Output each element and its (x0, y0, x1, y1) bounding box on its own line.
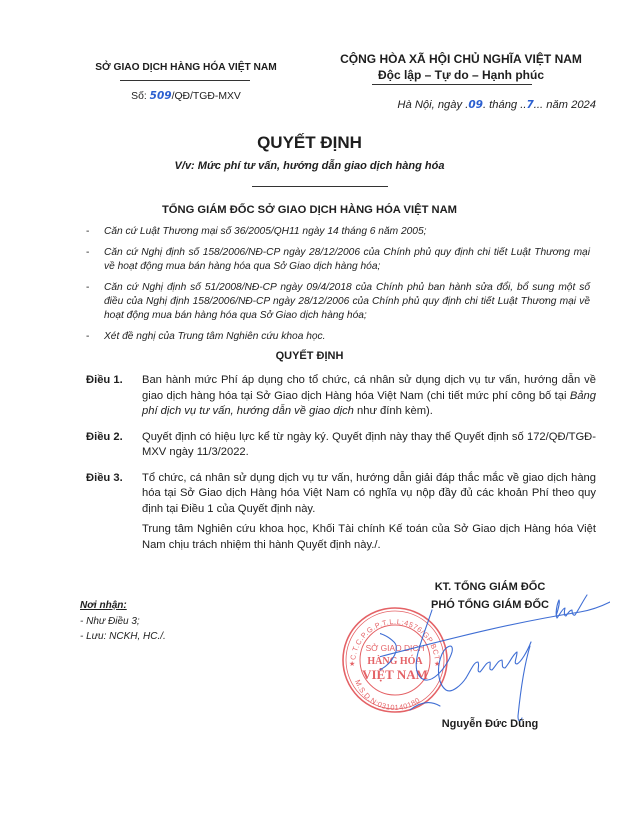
article-text: Ban hành mức Phí áp dụng cho tổ chức, cá… (142, 374, 596, 402)
motto-underline (372, 84, 532, 85)
legal-basis-text: Căn cứ Nghị định số 158/2006/NĐ-CP ngày … (104, 247, 590, 272)
article-label: Điều 1. (86, 373, 142, 420)
recipients-heading: Nơi nhận: (80, 598, 166, 614)
article-label: Điều 2. (86, 430, 142, 461)
article-label: Điều 3. (86, 471, 142, 559)
national-title: CỘNG HÒA XÃ HỘI CHỦ NGHĨA VIỆT NAM (316, 52, 606, 66)
article-paragraph: Trung tâm Nghiên cứu khoa học, Khối Tài … (142, 522, 596, 553)
bullet-dash: - (86, 225, 89, 239)
doc-number-handwritten: 509 (150, 90, 172, 102)
article-1: Điều 1. Ban hành mức Phí áp dụng cho tổ … (86, 373, 596, 420)
signer-name: Nguyễn Đức Dũng (380, 718, 600, 730)
article-text: như đính kèm). (354, 405, 433, 417)
article-paragraph: Tổ chức, cá nhân sử dụng dịch vụ tư vấn,… (142, 471, 596, 518)
recipient-item: - Lưu: NCKH, HC./. (80, 629, 166, 645)
issuing-organization: SỞ GIAO DỊCH HÀNG HÓA VIỆT NAM (78, 62, 294, 73)
decision-heading: QUYẾT ĐỊNH (0, 350, 619, 362)
article-body: Quyết định có hiệu lực kể từ ngày ký. Qu… (142, 430, 596, 461)
doc-number-suffix: /QĐ/TGĐ-MXV (172, 91, 241, 102)
legal-basis-item: -Căn cứ Nghị định số 158/2006/NĐ-CP ngày… (84, 246, 590, 274)
legal-basis-text: Căn cứ Luật Thương mại số 36/2005/QH11 n… (104, 226, 426, 237)
date-suffix: ... năm 2024 (534, 99, 596, 111)
national-motto: Độc lập – Tự do – Hạnh phúc (316, 68, 606, 82)
organization-underline (120, 80, 250, 81)
legal-bases: -Căn cứ Luật Thương mại số 36/2005/QH11 … (84, 225, 590, 351)
subject-underline (252, 186, 388, 187)
date-prefix: Hà Nội, ngày . (397, 99, 468, 111)
doc-number-prefix: Số: (131, 91, 149, 102)
document-title: QUYẾT ĐỊNH (0, 133, 619, 153)
document-number: Số: 509/QĐ/TGĐ-MXV (78, 90, 294, 102)
article-2: Điều 2. Quyết định có hiệu lực kể từ ngà… (86, 430, 596, 461)
article-body: Ban hành mức Phí áp dụng cho tổ chức, cá… (142, 373, 596, 420)
bullet-dash: - (86, 246, 89, 260)
document-subject: V/v: Mức phí tư vấn, hướng dẫn giao dịch… (0, 160, 619, 172)
issuing-authority: TỔNG GIÁM ĐỐC SỞ GIAO DỊCH HÀNG HÓA VIỆT… (0, 204, 619, 216)
bullet-dash: - (86, 330, 89, 344)
bullet-dash: - (86, 281, 89, 295)
article-body: Tổ chức, cá nhân sử dụng dịch vụ tư vấn,… (142, 471, 596, 559)
legal-basis-item: -Căn cứ Nghị định số 51/2008/NĐ-CP ngày … (84, 281, 590, 323)
legal-basis-text: Căn cứ Nghị định số 51/2008/NĐ-CP ngày 0… (104, 282, 590, 321)
legal-basis-text: Xét đề nghị của Trung tâm Nghiên cứu kho… (104, 331, 325, 342)
date-day-handwritten: 09 (468, 99, 483, 111)
date-month-handwritten: 7 (526, 99, 533, 111)
svg-text:★: ★ (349, 660, 355, 668)
date-middle: . tháng .. (483, 99, 527, 111)
recipients: Nơi nhận: - Như Điều 3; - Lưu: NCKH, HC.… (80, 598, 166, 645)
article-3: Điều 3. Tổ chức, cá nhân sử dụng dịch vụ… (86, 471, 596, 559)
legal-basis-item: -Xét đề nghị của Trung tâm Nghiên cứu kh… (84, 330, 590, 344)
articles: Điều 1. Ban hành mức Phí áp dụng cho tổ … (86, 373, 596, 568)
legal-basis-item: -Căn cứ Luật Thương mại số 36/2005/QH11 … (84, 225, 590, 239)
recipient-item: - Như Điều 3; (80, 614, 166, 630)
